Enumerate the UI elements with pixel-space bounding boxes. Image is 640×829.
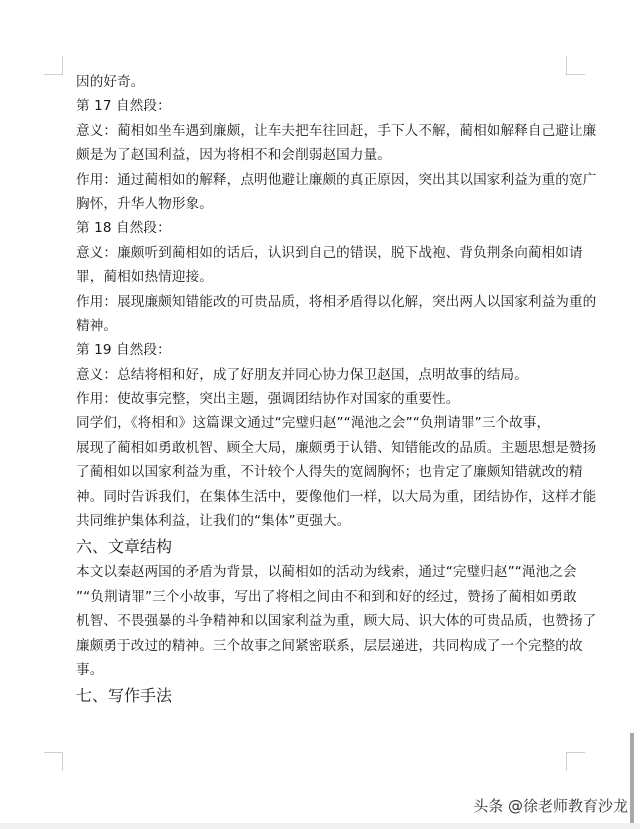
paragraph-label-17: 第 17 自然段： — [76, 94, 576, 118]
paragraph-label-19: 第 19 自然段： — [76, 338, 576, 362]
text-line: 颇是为了赵国利益，因为将相不和会削弱赵国力量。 — [76, 143, 576, 167]
text-line: 同学们，《将相和》这篇课文通过“完璧归赵”“渑池之会”“负荆请罪”三个故事， — [76, 411, 576, 435]
text-line: 机智、不畏强暴的斗争精神和以国家利益为重，顾大局、识大体的可贵品质，也赞扬了 — [76, 609, 576, 633]
document-page: 因的好奇。 第 17 自然段： 意义：蔺相如坐车遇到廉颇，让车夫把车往回赶，手下… — [0, 0, 640, 829]
text-line: 展现了蔺相如勇敢机智、顾全大局，廉颇勇于认错、知错能改的品质。主题思想是赞扬 — [76, 436, 576, 460]
text-line: 意义：廉颇听到蔺相如的话后，认识到自己的错误，脱下战袍、背负荆条向蔺相如请 — [76, 241, 576, 265]
section-heading-writing-technique: 七、写作手法 — [76, 683, 576, 709]
bottom-edge — [0, 823, 640, 829]
text-line: 共同维护集体利益，让我们的“集体”更强大。 — [76, 509, 576, 533]
watermark: 头条 @徐老师教育沙龙 — [473, 795, 628, 816]
section-heading-structure: 六、文章结构 — [76, 534, 576, 560]
text-line: 本文以秦赵两国的矛盾为背景，以蔺相如的活动为线索，通过“完璧归赵”“渑池之会 — [76, 560, 576, 584]
text-line: 罪，蔺相如热情迎接。 — [76, 265, 576, 289]
text-line: 作用：通过蔺相如的解释，点明他避让廉颇的真正原因，突出其以国家利益为重的宽广 — [76, 168, 576, 192]
text-line: 作用：展现廉颇知错能改的可贵品质，将相矛盾得以化解，突出两人以国家利益为重的 — [76, 290, 576, 314]
vertical-scrollbar[interactable] — [630, 733, 634, 829]
text-line: 意义：蔺相如坐车遇到廉颇，让车夫把车往回赶，手下人不解，蔺相如解释自己避让廉 — [76, 119, 576, 143]
text-line: 作用：使故事完整，突出主题，强调团结协作对国家的重要性。 — [76, 387, 576, 411]
paragraph-label-18: 第 18 自然段： — [76, 216, 576, 240]
text-line: ”“负荆请罪”三个小故事，写出了将相之间由不和到和好的经过，赞扬了蔺相如勇敢 — [76, 585, 576, 609]
text-line: 因的好奇。 — [76, 70, 576, 94]
margin-corner-top-left — [44, 56, 63, 75]
text-line: 了蔺相如以国家利益为重，不计较个人得失的宽阔胸怀；也肯定了廉颇知错就改的精 — [76, 460, 576, 484]
text-line: 神。同时告诉我们，在集体生活中，要像他们一样，以大局为重，团结协作，这样才能 — [76, 485, 576, 509]
text-line: 事。 — [76, 658, 576, 682]
margin-corner-bottom-right — [566, 752, 585, 771]
text-line: 意义：总结将相和好，成了好朋友并同心协力保卫赵国，点明故事的结局。 — [76, 363, 576, 387]
text-line: 精神。 — [76, 314, 576, 338]
document-body: 因的好奇。 第 17 自然段： 意义：蔺相如坐车遇到廉颇，让车夫把车往回赶，手下… — [76, 70, 576, 709]
margin-corner-bottom-left — [44, 752, 63, 771]
text-line: 胸怀，升华人物形象。 — [76, 192, 576, 216]
text-line: 廉颇勇于改过的精神。三个故事之间紧密联系，层层递进，共同构成了一个完整的故 — [76, 634, 576, 658]
